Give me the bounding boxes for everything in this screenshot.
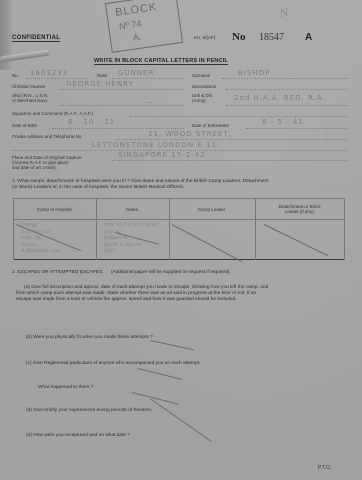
question-c: (c) Give Regimental particulars of anyon… <box>26 361 200 367</box>
surname-label: Surname <box>192 73 210 78</box>
no-line <box>26 78 88 79</box>
camps-table: Camp or Hospital. Dates. Camp Leader. De… <box>13 198 345 260</box>
decorations-label: Decorations <box>192 84 216 89</box>
capture-label-3: and date of a/c crash). <box>12 165 57 170</box>
camp-cell[interactable]: Changi & Convey (?) f. Rn. Rd. Taiwan & … <box>14 220 97 260</box>
answer-b-area[interactable] <box>20 342 350 360</box>
dates-cell[interactable]: from 15.2.42 to 1.10.42 Ship 42 shipped … <box>96 220 169 260</box>
dates-entry: 1945 <box>104 249 168 256</box>
corner-annotation: N <box>279 7 290 19</box>
form-instruction: WRITE IN BLOCK CAPITAL LETTERS IN PENCIL <box>94 58 228 65</box>
no-value[interactable]: 1803233 <box>30 69 68 77</box>
section2-note: (Additional paper will be supplied on re… <box>111 270 231 275</box>
answer-c-area[interactable] <box>20 392 350 408</box>
section2-heading: 2. ESCAPES OR ATTEMPTED ESCAPES. (Additi… <box>12 270 231 276</box>
enlistment-line <box>246 128 348 129</box>
dob-label: Date of Birth <box>12 123 37 128</box>
detachment-leader-cell[interactable] <box>255 220 344 260</box>
question-e: (e) How were you recaptured and on what … <box>26 433 130 439</box>
camp-entry: & Kinkaseki, and <box>21 249 95 256</box>
squadron-label: Squadron and Command (R.A.F., A.A.F.) <box>12 111 93 116</box>
address-underline-1 <box>116 139 348 140</box>
unit-label-2: (Army) <box>192 98 206 103</box>
surname-line <box>222 78 348 79</box>
section2-title: 2. ESCAPES OR ATTEMPTED ESCAPES. <box>12 270 104 275</box>
stamp-line-3: A. <box>132 32 142 43</box>
address-line-1[interactable]: 11, WOOD STREET, <box>148 130 232 138</box>
form-number-label: No <box>232 31 245 43</box>
stamp-line-2: Nº 74 <box>119 18 142 31</box>
question-b: (b) Were you physically fit when you mad… <box>26 335 153 341</box>
strike-line <box>263 224 328 256</box>
col-header-camp-leader: Camp Leader. <box>169 199 255 220</box>
dob-line <box>52 128 184 129</box>
form-reference: M.I. 9/(AF) <box>194 35 215 40</box>
col-header-dates: Dates. <box>96 199 169 220</box>
form-number-value: 18547 <box>259 32 284 43</box>
pto-label: P.T.O. <box>318 465 331 471</box>
surname-value[interactable]: BISHOP <box>238 69 270 77</box>
strike-line-c <box>138 368 182 380</box>
answer-e-area[interactable] <box>20 440 350 460</box>
unit-value[interactable]: 2nd H.A.A. REG. R.A. <box>234 94 326 102</box>
strike-line <box>171 224 242 262</box>
camp-leader-cell[interactable] <box>169 220 255 260</box>
no-label: No. <box>12 73 19 78</box>
col-header-camp: Camp or Hospital. <box>14 199 97 220</box>
answer-a-area[interactable] <box>20 302 350 334</box>
block-stamp: BLOCK Nº 74 A. <box>105 0 183 53</box>
enlistment-label: Date of Enlistment <box>192 123 229 128</box>
form-series-letter: A <box>305 32 312 43</box>
answer-d-area[interactable] <box>20 415 350 431</box>
ship-label-2: or Merchant Navy <box>12 98 48 103</box>
enlistment-value[interactable]: 8 - 5 - 41 <box>262 118 304 126</box>
decorations-line <box>226 89 348 90</box>
question-c-follow: What happened to them ? <box>38 385 93 391</box>
form-page: BLOCK Nº 74 A. N CONFIDENTIAL M.I. 9/(AF… <box>0 0 362 480</box>
rank-line <box>112 78 184 79</box>
classification-label: CONFIDENTIAL <box>12 35 60 42</box>
rank-label: Rank <box>97 73 108 78</box>
section1-question-cont: (or Block) Leaders or, in the case of ho… <box>12 185 184 191</box>
ship-line <box>60 105 184 106</box>
dob-value[interactable]: 6 - 10 - 21 <box>68 118 115 126</box>
capture-line <box>112 160 348 161</box>
christian-names-label: Christian Names <box>12 84 45 89</box>
address-line-2[interactable]: LEYTONSTONE LONDON E 11. <box>92 141 220 149</box>
capture-value[interactable]: SINGAPORE 15-2-42 <box>118 151 206 159</box>
stamp-line-1: BLOCK <box>114 1 158 19</box>
christian-names-line <box>60 89 184 90</box>
christian-names-value[interactable]: GEORGE HENRY <box>66 80 134 88</box>
squadron-line <box>130 116 348 117</box>
col-header-detachment-line2: Leader (if any). <box>285 209 315 214</box>
unit-line <box>226 105 348 106</box>
col-header-detachment-leader: Detachment or Block Leader (if any). <box>255 199 344 220</box>
address-label: Private Address and Telephone No. <box>12 134 82 139</box>
rank-value[interactable]: GUNNER <box>118 69 154 77</box>
question-d: (d) Give briefly your experiences during… <box>26 408 152 414</box>
